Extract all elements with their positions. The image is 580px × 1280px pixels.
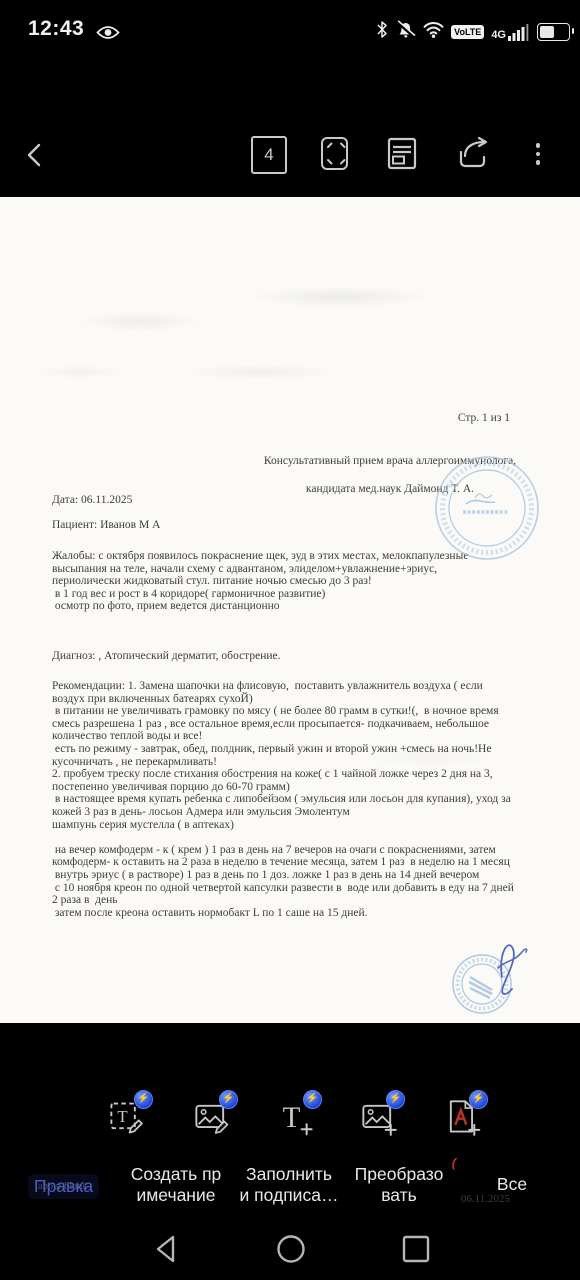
fit-screen-button[interactable]	[319, 136, 349, 171]
sign-document-tool-button[interactable]: ⚡	[443, 1098, 483, 1138]
back-icon	[23, 142, 47, 168]
mode-tabs: Правка Создать пр имечание Заполнить и п…	[0, 1160, 580, 1216]
doc-patient: Пациент: Иванов М А	[52, 519, 160, 532]
recommendation-line: 2. пробуем треску после стихания обостре…	[52, 768, 514, 781]
ai-badge-icon: ⚡	[386, 1090, 405, 1109]
page-indicator: 4	[264, 145, 273, 165]
edit-text-tool-button[interactable]: T ⚡	[108, 1098, 148, 1138]
add-image-tool-button[interactable]: ⚡	[360, 1098, 400, 1138]
back-triangle-icon	[150, 1232, 182, 1266]
recommendation-line: в настоящее время купать ребенка с липоб…	[52, 793, 514, 806]
nav-back-button[interactable]	[150, 1232, 182, 1271]
tab-all[interactable]: Все	[487, 1174, 537, 1195]
recommendation-line: Рекомендации: 1. Замена шапочки на флисо…	[52, 680, 514, 693]
status-icons: VoLTE 4G	[376, 20, 570, 44]
recommendation-line: с 10 ноября креон по одной четвертой кап…	[52, 882, 514, 895]
wifi-icon	[423, 21, 444, 43]
clock: 12:43	[28, 17, 84, 41]
recommendation-line: смесь разрешена 1 раз , все остальное вр…	[52, 718, 514, 731]
recommendation-line: в питании не увеличивать грамовку по мяс…	[52, 705, 514, 718]
recommendation-line: шампунь серия мустелла ( в аптеках)	[52, 819, 514, 832]
tab-create-note[interactable]: Создать пр имечание	[116, 1164, 236, 1206]
recents-square-icon	[400, 1232, 432, 1266]
doc-recommendations: Рекомендации: 1. Замена шапочки на флисо…	[52, 680, 514, 919]
fit-screen-icon	[320, 136, 349, 171]
svg-text:T: T	[117, 1107, 127, 1126]
doctor-signature-stamp	[440, 932, 535, 1027]
reader-mode-icon	[387, 137, 417, 170]
tab-fill-sign[interactable]: Заполнить и подписа…	[229, 1164, 349, 1206]
ai-badge-icon: ⚡	[303, 1090, 322, 1109]
share-button[interactable]	[453, 137, 493, 170]
clinic-round-stamp	[433, 454, 541, 567]
status-bar: 12:43	[0, 0, 580, 60]
complaints-line: осмотр по фото, прием ведется дистанцион…	[52, 600, 468, 613]
phone-screen: 12:43	[0, 0, 580, 1280]
home-circle-icon	[274, 1232, 308, 1266]
visibility-icon	[96, 24, 120, 46]
bluetooth-icon	[376, 20, 388, 44]
page-thumbnails-button[interactable]: 4	[251, 136, 287, 174]
recommendation-line: затем после креона оставить нормобакт L …	[52, 907, 514, 920]
share-icon	[454, 137, 492, 170]
edit-image-tool-button[interactable]: ⚡	[193, 1098, 233, 1138]
recommendation-line	[52, 831, 514, 844]
battery-icon	[537, 23, 570, 41]
bell-muted-icon	[395, 20, 416, 44]
tab-convert[interactable]: Преобразо вать	[339, 1164, 459, 1206]
doc-complaints: Жалобы: с октября появилось покраснение …	[52, 550, 468, 613]
complaints-line: периолически жидковатый стул. питание но…	[52, 575, 468, 588]
recommendation-line: количество теплой воды и все!	[52, 730, 514, 743]
ai-badge-icon: ⚡	[469, 1090, 488, 1109]
recommendation-line: постепенно увеличивая порцию до 60-70 гр…	[52, 781, 514, 794]
recommendation-line: есть по режиму - завтрак, обед, полдник,…	[52, 743, 514, 756]
recommendation-line: комфодерм- к оставить на 2 раза в неделю…	[52, 856, 514, 869]
recommendation-line: на вечер комфодерм - к ( крем ) 1 раз в …	[52, 844, 514, 857]
complaints-line: высыпания на теле, начали схему с адвант…	[52, 563, 468, 576]
nav-recents-button[interactable]	[400, 1232, 432, 1271]
overflow-menu-button[interactable]	[528, 138, 548, 170]
ai-badge-icon: ⚡	[219, 1090, 238, 1109]
ai-badge-icon: ⚡	[134, 1090, 153, 1109]
recommendation-line: воздух при включенных батеарях сухоЙ)	[52, 693, 514, 706]
svg-text:T: T	[283, 1102, 301, 1134]
recommendation-line: кожей 3 раз в день- лосьон Адмера или эм…	[52, 806, 514, 819]
android-nav-bar	[0, 1228, 580, 1280]
complaints-line: Жалобы: с октября появилось покраснение …	[52, 550, 468, 563]
reader-mode-button[interactable]	[387, 137, 417, 170]
document-page[interactable]: Стр. 1 из 1 Консультативный прием врача …	[0, 197, 580, 1023]
doc-date: Дата: 06.11.2025	[52, 494, 132, 507]
back-button[interactable]	[20, 140, 50, 170]
viewer-toolbar: 4	[0, 60, 580, 130]
signal-4g-icon: 4G	[491, 24, 530, 41]
doc-page-count: Стр. 1 из 1	[458, 412, 510, 425]
tab-edit[interactable]: Правка	[28, 1174, 99, 1199]
recommendation-line: 2 раза в день	[52, 894, 514, 907]
nav-home-button[interactable]	[274, 1232, 308, 1271]
recommendation-line: внутрь эриус ( в растворе) 1 раз в день …	[52, 869, 514, 882]
volte-badge: VoLTE	[451, 25, 484, 39]
complaints-line: в 1 год вес и рост в 4 коридоре( гармони…	[52, 588, 468, 601]
add-text-tool-button[interactable]: T ⚡	[277, 1098, 317, 1138]
recommendation-line: кусочничать , не перекармливать!	[52, 756, 514, 769]
doc-diagnosis: Диагноз: , Атопический дерматит, обостре…	[52, 650, 280, 663]
